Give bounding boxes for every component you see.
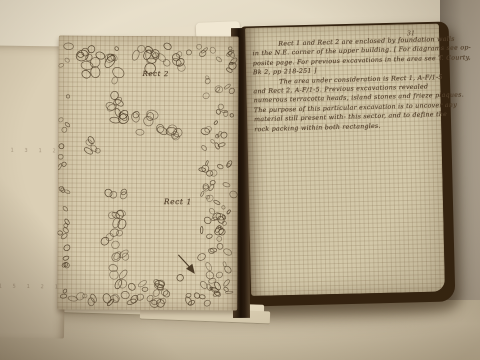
rect1-label: Rect 1 (164, 197, 192, 206)
rect2-label: Rect 2 (142, 70, 168, 78)
sketch-page: Rect 2 Rect 1 (57, 36, 238, 311)
notes-page: 31 Rect 1 and Rect 2 are enclosed by fou… (245, 24, 445, 296)
handwritten-text: Rect 1 and Rect 2 are enclosed by founda… (252, 36, 436, 134)
